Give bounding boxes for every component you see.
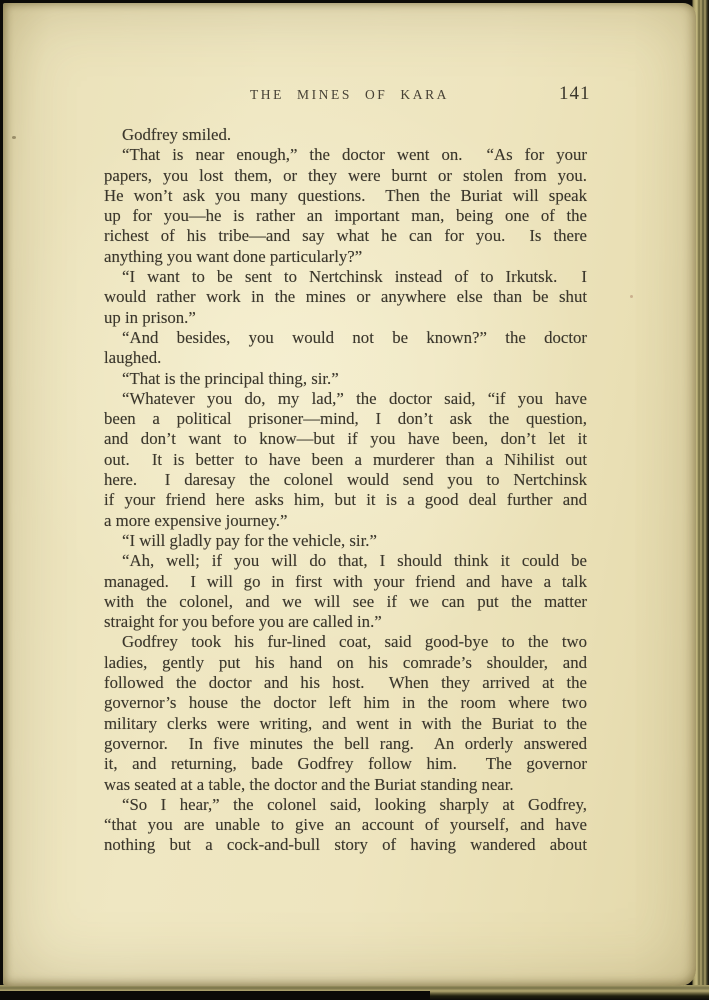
text-line: “That is the principal thing, sir.” <box>104 369 587 389</box>
text-line: governor’s house the doctor left him in … <box>104 693 587 713</box>
text-line: up in prison.” <box>104 308 587 328</box>
text-line: “And besides, you would not be known?” t… <box>104 328 587 348</box>
text-line: up for you—he is rather an important man… <box>104 206 587 226</box>
scan-backdrop <box>0 991 430 1000</box>
paper-speck <box>630 295 633 298</box>
text-line: managed. I will go in first with your fr… <box>104 572 587 592</box>
text-line: laughed. <box>104 348 587 368</box>
text-line: nothing but a cock-and-bull story of hav… <box>104 835 587 855</box>
text-line: if your friend here asks him, but it is … <box>104 490 587 510</box>
text-line: “Whatever you do, my lad,” the doctor sa… <box>104 389 587 409</box>
text-line: governor. In five minutes the bell rang.… <box>104 734 587 754</box>
text-line: Godfrey took his fur-lined coat, said go… <box>104 632 587 652</box>
text-line: was seated at a table, the doctor and th… <box>104 775 587 795</box>
text-line: “That is near enough,” the doctor went o… <box>104 145 587 165</box>
text-line: with the colonel, and we will see if we … <box>104 592 587 612</box>
text-line: anything you want done particularly?” <box>104 247 587 267</box>
text-line: military clerks were writing, and went i… <box>104 714 587 734</box>
book-page: THE MINES OF KARA 141 Godfrey smiled.“Th… <box>3 3 696 986</box>
text-line: and don’t want to know—but if you have b… <box>104 429 587 449</box>
paper-speck <box>12 136 16 139</box>
text-line: “Ah, well; if you will do that, I should… <box>104 551 587 571</box>
text-line: “So I hear,” the colonel said, looking s… <box>104 795 587 815</box>
running-title: THE MINES OF KARA <box>3 87 696 103</box>
text-line: He won’t ask you many questions. Then th… <box>104 186 587 206</box>
text-line: would rather work in the mines or anywhe… <box>104 287 587 307</box>
text-line: straight for you before you are called i… <box>104 612 587 632</box>
text-line: richest of his tribe—and say what he can… <box>104 226 587 246</box>
text-line: followed the doctor and his host. When t… <box>104 673 587 693</box>
text-line: “I want to be sent to Nertchinsk instead… <box>104 267 587 287</box>
text-line: ladies, gently put his hand on his comra… <box>104 653 587 673</box>
text-line: it, and returning, bade Godfrey follow h… <box>104 754 587 774</box>
page-text: Godfrey smiled.“That is near enough,” th… <box>104 125 587 856</box>
text-line: been a political prisoner—mind, I don’t … <box>104 409 587 429</box>
page-number: 141 <box>559 83 591 105</box>
text-line: Godfrey smiled. <box>104 125 587 145</box>
text-line: “that you are unable to give an account … <box>104 815 587 835</box>
text-line: here. I daresay the colonel would send y… <box>104 470 587 490</box>
text-line: “I will gladly pay for the vehicle, sir.… <box>104 531 587 551</box>
text-line: a more expensive journey.” <box>104 511 587 531</box>
text-line: out. It is better to have been a murdere… <box>104 450 587 470</box>
text-line: papers, you lost them, or they were burn… <box>104 166 587 186</box>
